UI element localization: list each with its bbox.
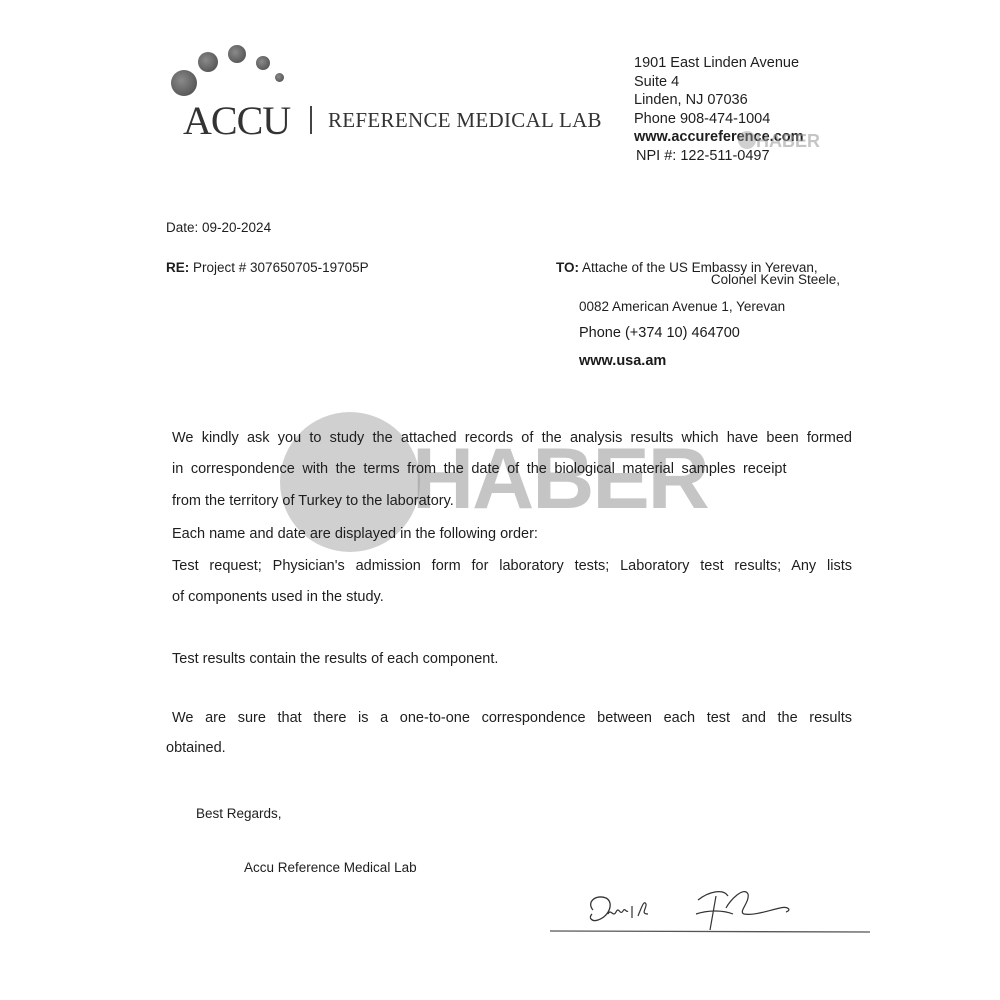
re-line: RE: Project # 307650705-19705P [166, 260, 369, 275]
address-line: 1901 East Linden Avenue [634, 54, 804, 73]
signature-icon [548, 880, 878, 940]
logo-divider [310, 106, 312, 134]
body-p3-line1: Test request; Physician's admission form… [172, 558, 852, 574]
recipient-address: 0082 American Avenue 1, Yerevan [579, 299, 785, 314]
letter-date: Date: 09-20-2024 [166, 220, 271, 235]
recipient-website: www.usa.am [579, 353, 666, 369]
address-line: Suite 4 [634, 73, 804, 92]
body-p5-line1: We are sure that there is a one-to-one c… [172, 710, 852, 726]
recipient-phone: Phone (+374 10) 464700 [579, 325, 740, 341]
body-p5-line2: obtained. [166, 740, 846, 756]
closing-regards: Best Regards, [196, 806, 282, 821]
address-line: Linden, NJ 07036 [634, 91, 804, 110]
address-line: Phone 908-474-1004 [634, 110, 804, 129]
body-p1-line3: from the territory of Turkey to the labo… [172, 493, 852, 509]
logo-lab-name: REFERENCE MEDICAL LAB [328, 108, 602, 133]
body-p3-line2: of components used in the study. [172, 589, 852, 605]
project-number: Project # 307650705-19705P [193, 260, 369, 275]
recipient-block: TO: Attache of the US Embassy in Yerevan… [556, 260, 840, 287]
body-p1-line1: We kindly ask you to study the attached … [172, 430, 852, 446]
re-label: RE: [166, 260, 189, 275]
watermark-small-text: HABER [756, 131, 820, 152]
body-p1-line2: in correspondence with the terms from th… [172, 461, 852, 477]
logo-brand: ACCU [183, 97, 290, 144]
body-p4: Test results contain the results of each… [172, 651, 852, 667]
to-label: TO: [556, 260, 579, 275]
body-p2: Each name and date are displayed in the … [172, 526, 852, 542]
watermark-logo-icon [738, 131, 756, 149]
closing-signatory: Accu Reference Medical Lab [244, 860, 417, 875]
